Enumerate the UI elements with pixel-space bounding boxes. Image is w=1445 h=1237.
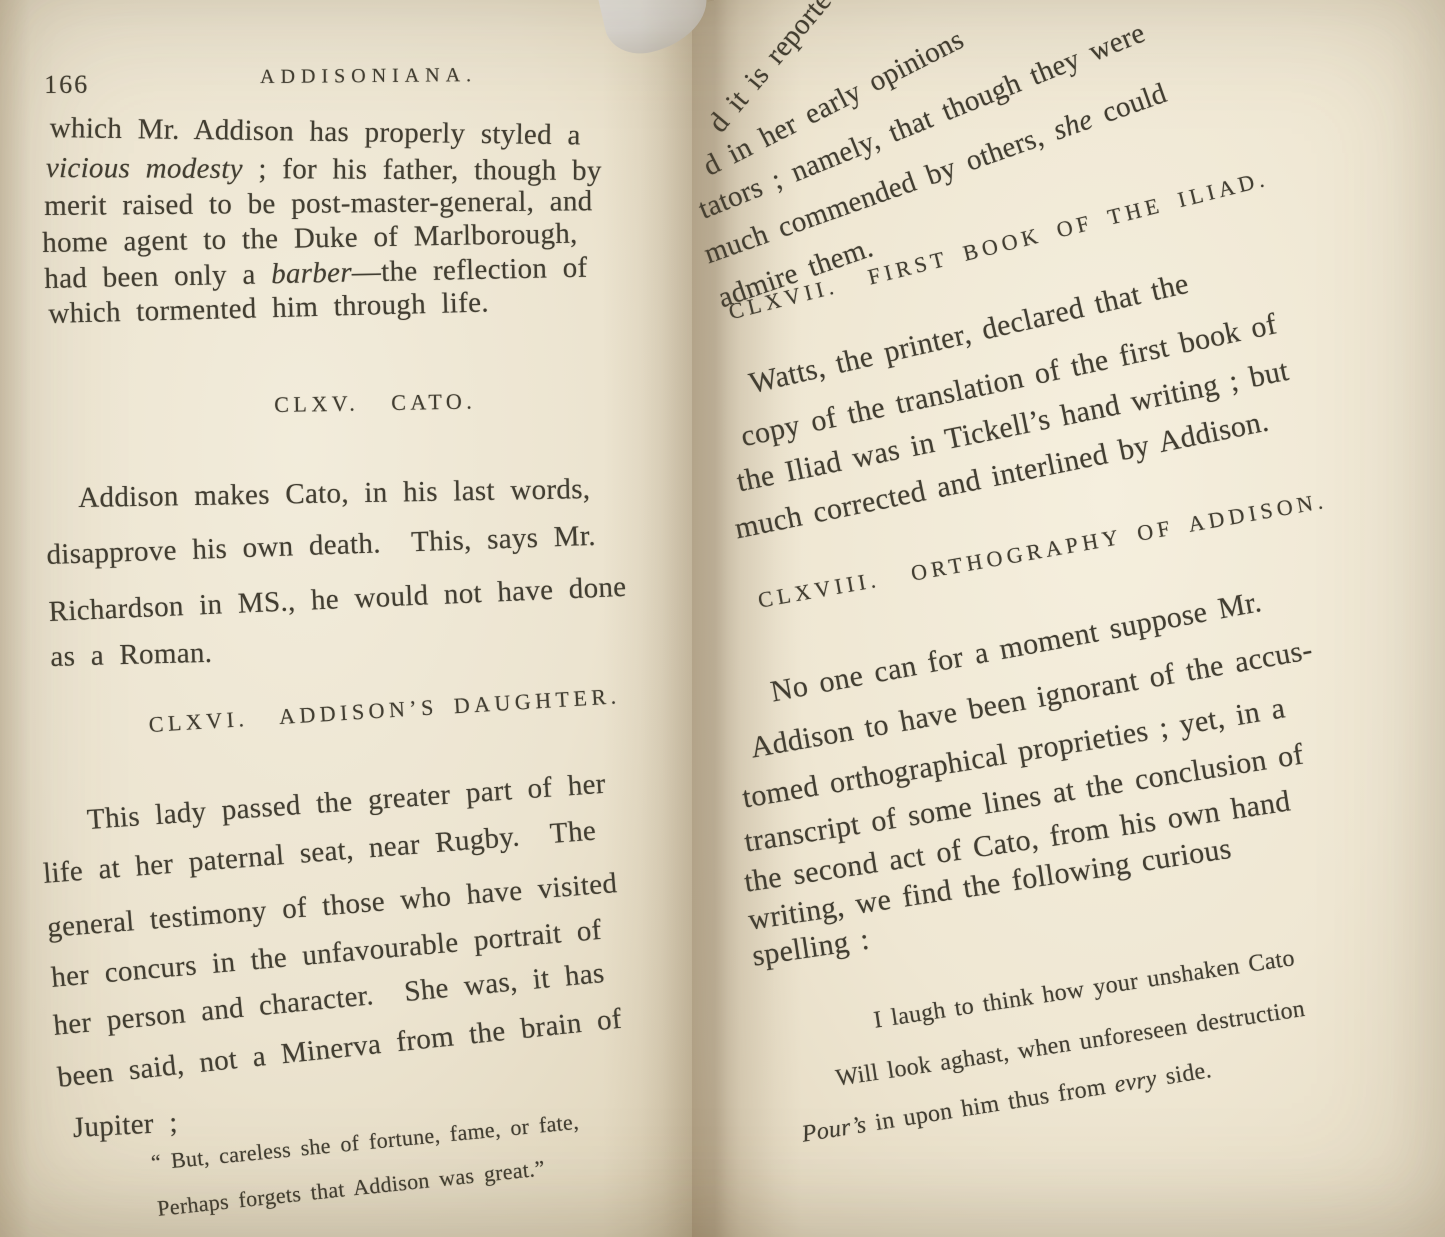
left-p1-line3: merit raised to be post-master-general, … xyxy=(44,185,593,223)
page-number: 166 xyxy=(44,70,89,100)
left-p1-line2: vicious modesty ; for his father, though… xyxy=(46,152,602,188)
section-heading-clxv: CLXV. CATO. xyxy=(274,388,477,418)
book-photo: 166 ADDISONIANA. which Mr. Addison has p… xyxy=(0,0,1445,1237)
running-header: ADDISONIANA. xyxy=(260,64,477,89)
line-text: ; for his father, though by xyxy=(243,153,602,187)
italic-phrase: barber xyxy=(271,257,352,291)
left-p3-line7: Jupiter ; xyxy=(72,1107,179,1145)
left-p2-line4: as a Roman. xyxy=(50,637,213,674)
line-text: had been only a xyxy=(44,258,271,295)
line-text: —the reflection of xyxy=(352,252,588,289)
italic-phrase: evry xyxy=(1113,1066,1159,1098)
italic-phrase: vicious modesty xyxy=(46,152,243,185)
